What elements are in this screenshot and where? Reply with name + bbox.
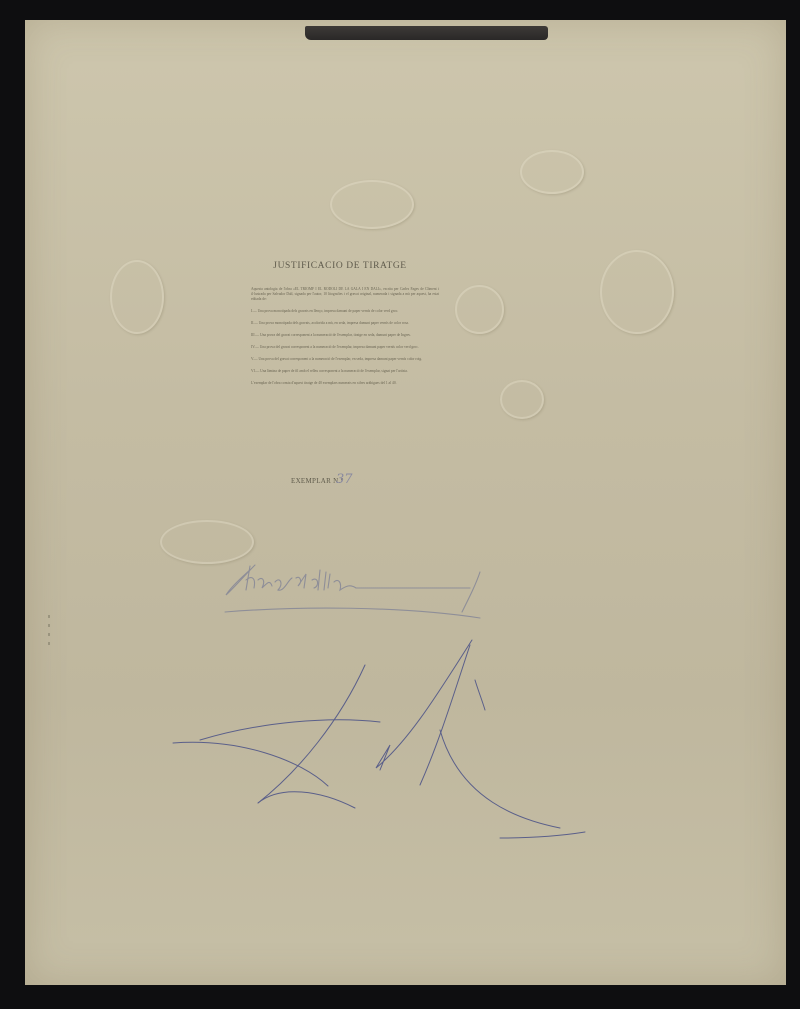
document-title: JUSTIFICACIO DE TIRATGE <box>240 261 440 271</box>
edition-item: I.— Una prova monotipada dels gravats en… <box>251 309 439 314</box>
intro-paragraph: Aquesta antologia de l'obra «EL TRIOMF I… <box>251 287 439 302</box>
edition-item: V.— Una prova del gravat corresponent a … <box>251 357 439 362</box>
edition-item: II.— Una prova monotipada dels gravats, … <box>251 321 439 326</box>
margin-marks <box>48 615 52 665</box>
closing-paragraph: L'exemplar de l'obra consta d'aquest tir… <box>251 381 439 386</box>
document-body: Aquesta antologia de l'obra «EL TRIOMF I… <box>251 287 439 393</box>
exemplar-number: 37 <box>336 472 353 487</box>
paper-sheet <box>25 20 786 985</box>
emboss-mark <box>110 260 164 334</box>
edition-item: IV.— Una prova del gravat corresponent a… <box>251 345 439 350</box>
emboss-mark <box>500 380 544 419</box>
emboss-mark <box>160 520 254 564</box>
edition-item: III.— Una prova del gravat corresponent … <box>251 333 439 338</box>
emboss-mark <box>520 150 584 194</box>
emboss-mark <box>600 250 674 334</box>
emboss-mark <box>455 285 504 334</box>
binding-clip <box>305 26 548 40</box>
edition-item: VI.— Una làmina de paper de fil amb el r… <box>251 369 439 374</box>
emboss-mark <box>330 180 414 229</box>
